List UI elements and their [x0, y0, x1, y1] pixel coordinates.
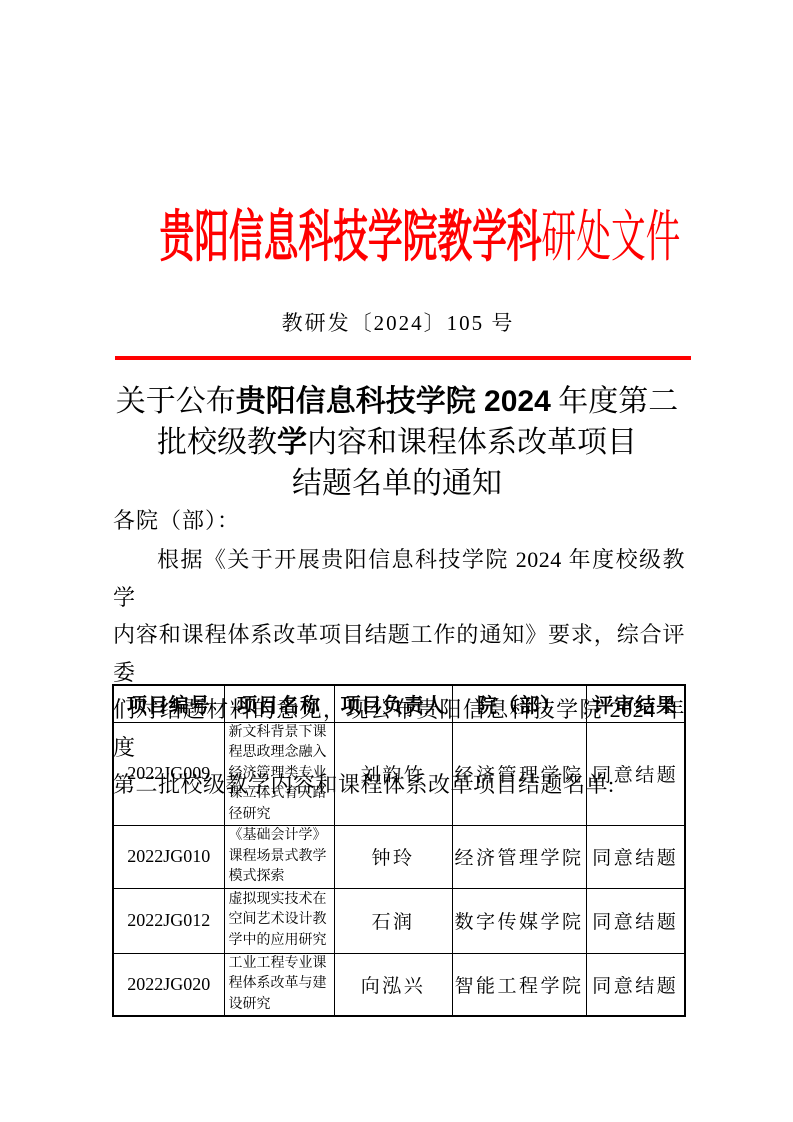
table-row: 2022JG012 虚拟现实技术在空间艺术设计教学中的应用研究 石润 数字传媒学… — [113, 888, 685, 953]
title-line2-post: 内容和课程体系改革项目 — [307, 426, 637, 459]
title-line2-bold: 学 — [277, 426, 307, 459]
project-leader-cell: 钟玲 — [334, 826, 452, 889]
col-header-project-name: 项目名称 — [224, 685, 334, 722]
title-line1-post: 年度第二 — [551, 385, 679, 418]
header-title-bold-segment: 贵阳信息科技学院教学科 — [160, 207, 542, 269]
salutation: 各院（部）： — [113, 504, 240, 535]
project-name-cell: 虚拟现实技术在空间艺术设计教学中的应用研究 — [224, 888, 334, 953]
college-cell: 经济管理学院 — [452, 722, 586, 826]
body-line: 根据《关于开展贵阳信息科技学院 2024 年度校级教学 — [113, 541, 685, 616]
project-id-cell: 2022JG010 — [113, 826, 224, 889]
table-row: 2022JG020 工业工程专业课程体系改革与建设研究 向泓兴 智能工程学院 同… — [113, 953, 685, 1016]
notice-title-line1: 关于公布贵阳信息科技学院 2024 年度第二 — [100, 381, 694, 422]
notice-title-line2: 批校级教学内容和课程体系改革项目 — [100, 422, 694, 463]
project-name-cell: 新文科背景下课程思政理念融入经济管理类专业课立体式育人路径研究 — [224, 722, 334, 826]
project-id-cell: 2022JG020 — [113, 953, 224, 1016]
college-cell: 智能工程学院 — [452, 953, 586, 1016]
document-header-title: 贵阳信息科技学院教学科研处文件 — [0, 208, 793, 268]
title-line1-pre: 关于公布 — [116, 385, 236, 418]
col-header-leader: 项目负责人 — [334, 685, 452, 722]
document-page: 贵阳信息科技学院教学科研处文件 教研发〔2024〕105 号 关于公布贵阳信息科… — [0, 0, 793, 1122]
review-result-cell: 同意结题 — [586, 722, 685, 826]
red-separator-line — [115, 356, 691, 360]
project-id-cell: 2022JG009 — [113, 722, 224, 826]
title-line1-bold-year: 2024 — [476, 385, 551, 418]
col-header-college: 院（部） — [452, 685, 586, 722]
title-line1-bold: 贵阳信息科技学院 — [236, 385, 476, 418]
col-header-result: 评审结果 — [586, 685, 685, 722]
col-header-project-id: 项目编号 — [113, 685, 224, 722]
table-header-row: 项目编号 项目名称 项目负责人 院（部） 评审结果 — [113, 685, 685, 722]
title-line2-pre: 批校级教 — [157, 426, 277, 459]
doc-number: 教研发〔2024〕105 号 — [113, 307, 683, 337]
body-line: 内容和课程体系改革项目结题工作的通知》要求，综合评委 — [113, 616, 685, 691]
project-leader-cell: 向泓兴 — [334, 953, 452, 1016]
college-cell: 经济管理学院 — [452, 826, 586, 889]
notice-title-line3: 结题名单的通知 — [100, 463, 694, 504]
project-leader-cell: 刘韵竹 — [334, 722, 452, 826]
project-name-cell: 《基础会计学》课程场景式教学模式探索 — [224, 826, 334, 889]
review-result-cell: 同意结题 — [586, 826, 685, 889]
review-result-cell: 同意结题 — [586, 953, 685, 1016]
document-header-title-text: 贵阳信息科技学院教学科研处文件 — [160, 208, 681, 268]
results-table: 项目编号 项目名称 项目负责人 院（部） 评审结果 2022JG009 新文科背… — [112, 684, 686, 1017]
college-cell: 数字传媒学院 — [452, 888, 586, 953]
project-leader-cell: 石润 — [334, 888, 452, 953]
notice-title: 关于公布贵阳信息科技学院 2024 年度第二 批校级教学内容和课程体系改革项目 … — [100, 381, 694, 504]
review-result-cell: 同意结题 — [586, 888, 685, 953]
table-row: 2022JG009 新文科背景下课程思政理念融入经济管理类专业课立体式育人路径研… — [113, 722, 685, 826]
table-row: 2022JG010 《基础会计学》课程场景式教学模式探索 钟玲 经济管理学院 同… — [113, 826, 685, 889]
project-name-cell: 工业工程专业课程体系改革与建设研究 — [224, 953, 334, 1016]
header-title-regular-segment: 研处文件 — [542, 207, 681, 269]
project-id-cell: 2022JG012 — [113, 888, 224, 953]
